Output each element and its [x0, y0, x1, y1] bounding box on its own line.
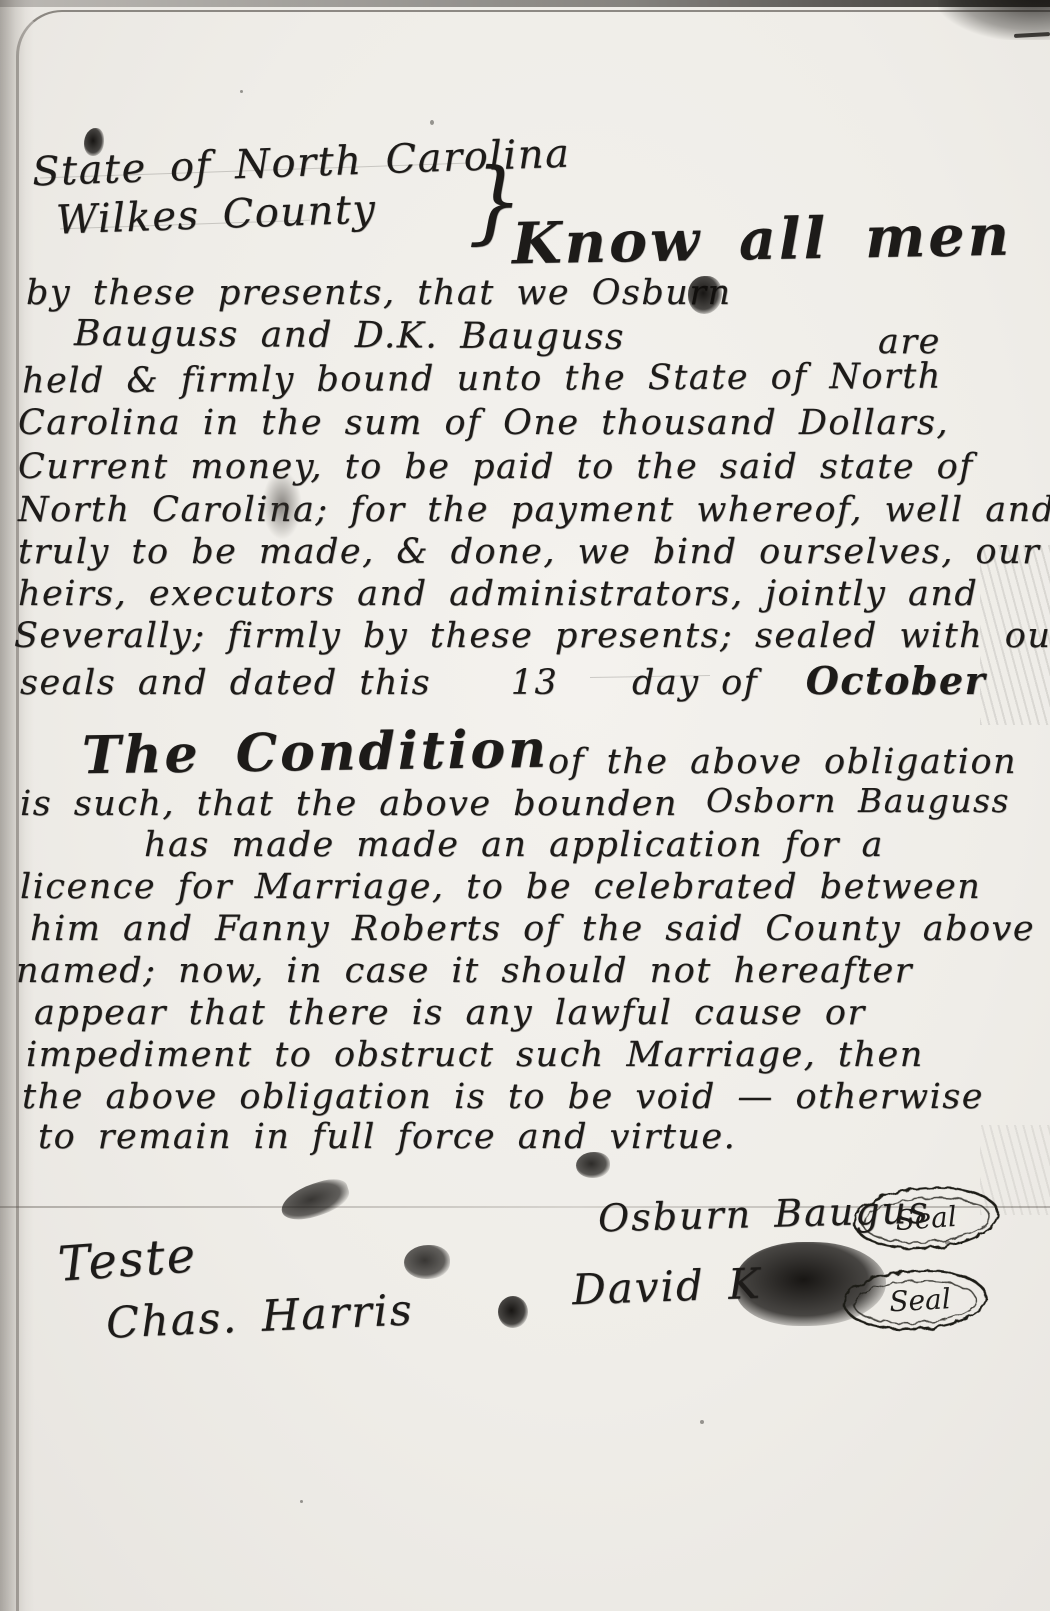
signature-name: David K	[571, 1259, 762, 1315]
obligation-line: truly to be made, & done, we bind oursel…	[18, 532, 1040, 572]
county-heading-line: Wilkes County	[55, 186, 377, 243]
ink-smudge	[262, 470, 302, 540]
obligation-line: heirs, executors and administrators, joi…	[18, 574, 978, 614]
condition-line: licence for Marriage, to be celebrated b…	[20, 867, 981, 907]
date-line: seals and dated this 13 day of October A…	[20, 658, 1050, 703]
ink-blot	[576, 1152, 610, 1178]
bond-month-value: October	[806, 658, 986, 703]
condition-line: is such, that the above bounden	[20, 784, 678, 824]
opening-phrase: Know all men	[511, 202, 1012, 278]
speck	[300, 1500, 303, 1503]
seal-badge: Seal	[844, 1175, 1009, 1262]
speck	[240, 90, 243, 93]
obligation-line: North Carolina; for the payment whereof,…	[18, 490, 1050, 530]
condition-line: to remain in full force and virtue.	[38, 1117, 736, 1157]
condition-line: named; now, in case it should not hereaf…	[16, 951, 913, 991]
obligation-line: Current money, to be paid to the said st…	[18, 447, 974, 487]
witness-label: Teste	[56, 1227, 199, 1293]
speck	[430, 120, 434, 125]
obligation-line: Bauguss and D.K. Bauguss	[74, 313, 625, 358]
document-page: State of North Carolina Wilkes County } …	[0, 0, 1050, 1611]
ink-blot	[498, 1296, 528, 1328]
condition-line: the above obligation is to be void — oth…	[22, 1077, 984, 1117]
seal-label: Seal	[894, 1200, 958, 1237]
seal-label: Seal	[888, 1282, 951, 1318]
condition-heading-rest: of the above obligation	[548, 742, 1017, 782]
obligation-line: Carolina in the sum of One thousand Doll…	[18, 403, 949, 443]
condition-line: has made made an application for a	[144, 825, 884, 865]
bond-day-value: 13	[511, 663, 559, 703]
principal-name: Osborn Bauguss	[706, 781, 1010, 820]
condition-line: appear that there is any lawful cause or	[34, 993, 866, 1033]
date-line-prefix: seals and dated this	[20, 663, 431, 703]
condition-heading: The Condition	[82, 719, 550, 787]
witness-name: Chas. Harris	[105, 1285, 415, 1348]
seal-badge: Seal	[834, 1258, 996, 1342]
speck	[700, 1420, 704, 1424]
obligation-line: by these presents, that we Osburn	[26, 273, 732, 313]
condition-line: him and Fanny Roberts of the said County…	[30, 909, 1035, 949]
date-line-connector: day of	[632, 663, 758, 703]
page-edge-top	[0, 0, 1050, 7]
obligation-line: Severally; firmly by these presents; sea…	[14, 616, 1050, 656]
condition-line: impediment to obstruct such Marriage, th…	[26, 1035, 924, 1075]
ink-blot	[277, 1174, 353, 1226]
obligation-line: held & firmly bound unto the State of No…	[22, 357, 942, 402]
ink-blot	[404, 1245, 450, 1279]
